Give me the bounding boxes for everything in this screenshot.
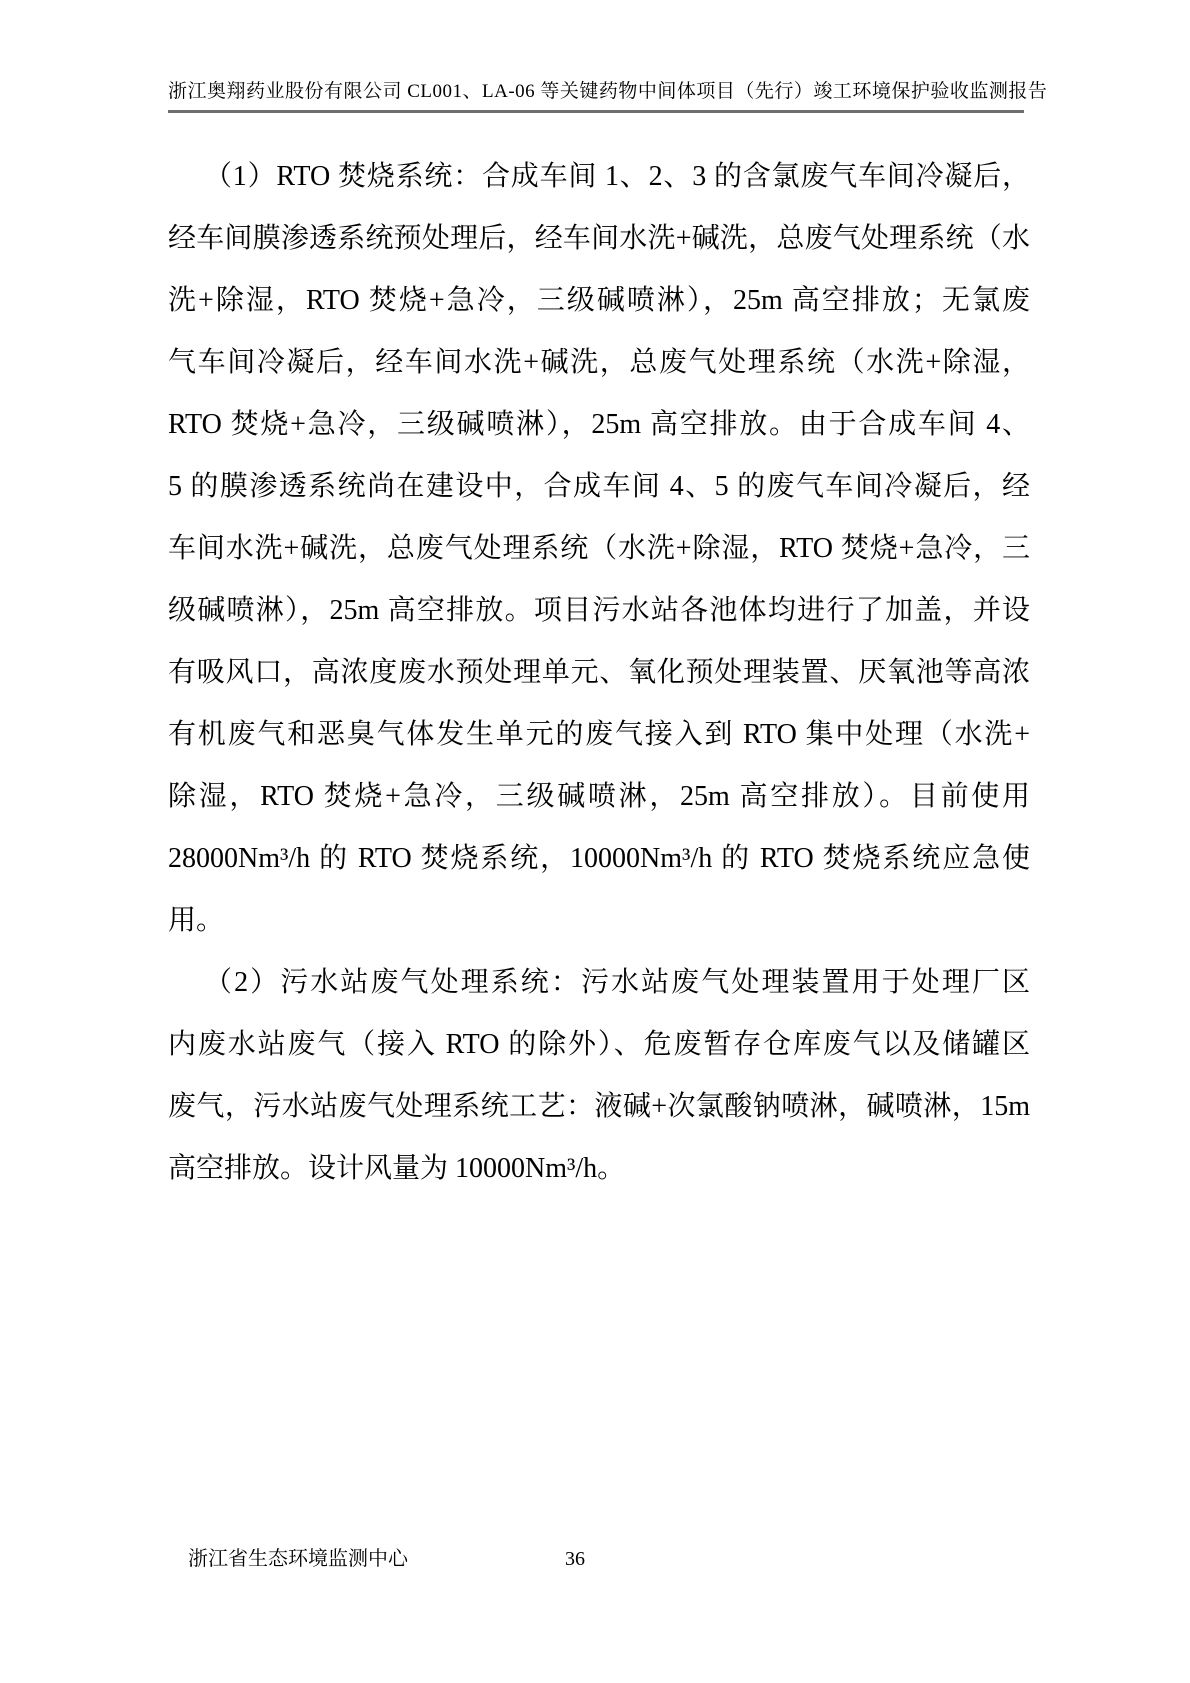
- paragraph-2-line-4: 高空排放。设计风量为 10000Nm³/h。: [168, 1138, 1030, 1200]
- paragraph-2-line-2: 内废水站废气（接入 RTO 的除外）、危废暂存仓库废气以及储罐区: [168, 1014, 1030, 1076]
- paragraph-1-line-3: 洗+除湿，RTO 焚烧+急冷，三级碱喷淋），25m 高空排放；无氯废: [168, 270, 1030, 332]
- footer-organization: 浙江省生态环境监测中心: [188, 1546, 408, 1572]
- page-footer: 浙江省生态环境监测中心 36: [168, 1546, 1030, 1576]
- document-page: 浙江奥翔药业股份有限公司 CL001、LA-06 等关键药物中间体项目（先行）竣…: [0, 0, 1190, 1683]
- paragraph-1-line-13: 用。: [168, 890, 1030, 952]
- paragraph-1-line-12: 28000Nm³/h 的 RTO 焚烧系统，10000Nm³/h 的 RTO 焚…: [168, 828, 1030, 890]
- header-title: 浙江奥翔药业股份有限公司 CL001、LA-06 等关键药物中间体项目（先行）竣…: [168, 81, 1047, 102]
- page-number: 36: [565, 1546, 585, 1572]
- page-header: 浙江奥翔药业股份有限公司 CL001、LA-06 等关键药物中间体项目（先行）竣…: [168, 78, 1024, 113]
- paragraph-1-line-5: RTO 焚烧+急冷，三级碱喷淋），25m 高空排放。由于合成车间 4、: [168, 394, 1030, 456]
- paragraph-1-line-2: 经车间膜渗透系统预处理后，经车间水洗+碱洗，总废气处理系统（水: [168, 208, 1030, 270]
- paragraph-1-line-4: 气车间冷凝后，经车间水洗+碱洗，总废气处理系统（水洗+除湿，: [168, 332, 1030, 394]
- paragraph-1-line-11: 除湿，RTO 焚烧+急冷，三级碱喷淋，25m 高空排放）。目前使用: [168, 766, 1030, 828]
- paragraph-2-line-3: 废气，污水站废气处理系统工艺：液碱+次氯酸钠喷淋，碱喷淋，15m: [168, 1076, 1030, 1138]
- paragraph-1-line-6: 5 的膜渗透系统尚在建设中，合成车间 4、5 的废气车间冷凝后，经: [168, 456, 1030, 518]
- paragraph-1-line-10: 有机废气和恶臭气体发生单元的废气接入到 RTO 集中处理（水洗+: [168, 704, 1030, 766]
- paragraph-1-line-1: （1）RTO 焚烧系统：合成车间 1、2、3 的含氯废气车间冷凝后，: [168, 146, 1030, 208]
- paragraph-2-line-1: （2）污水站废气处理系统：污水站废气处理装置用于处理厂区: [168, 952, 1030, 1014]
- paragraph-1-line-9: 有吸风口，高浓度废水预处理单元、氧化预处理装置、厌氧池等高浓: [168, 642, 1030, 704]
- paragraph-1-line-7: 车间水洗+碱洗，总废气处理系统（水洗+除湿，RTO 焚烧+急冷，三: [168, 518, 1030, 580]
- document-body: （1）RTO 焚烧系统：合成车间 1、2、3 的含氯废气车间冷凝后， 经车间膜渗…: [168, 146, 1030, 1200]
- paragraph-1-line-8: 级碱喷淋），25m 高空排放。项目污水站各池体均进行了加盖，并设: [168, 580, 1030, 642]
